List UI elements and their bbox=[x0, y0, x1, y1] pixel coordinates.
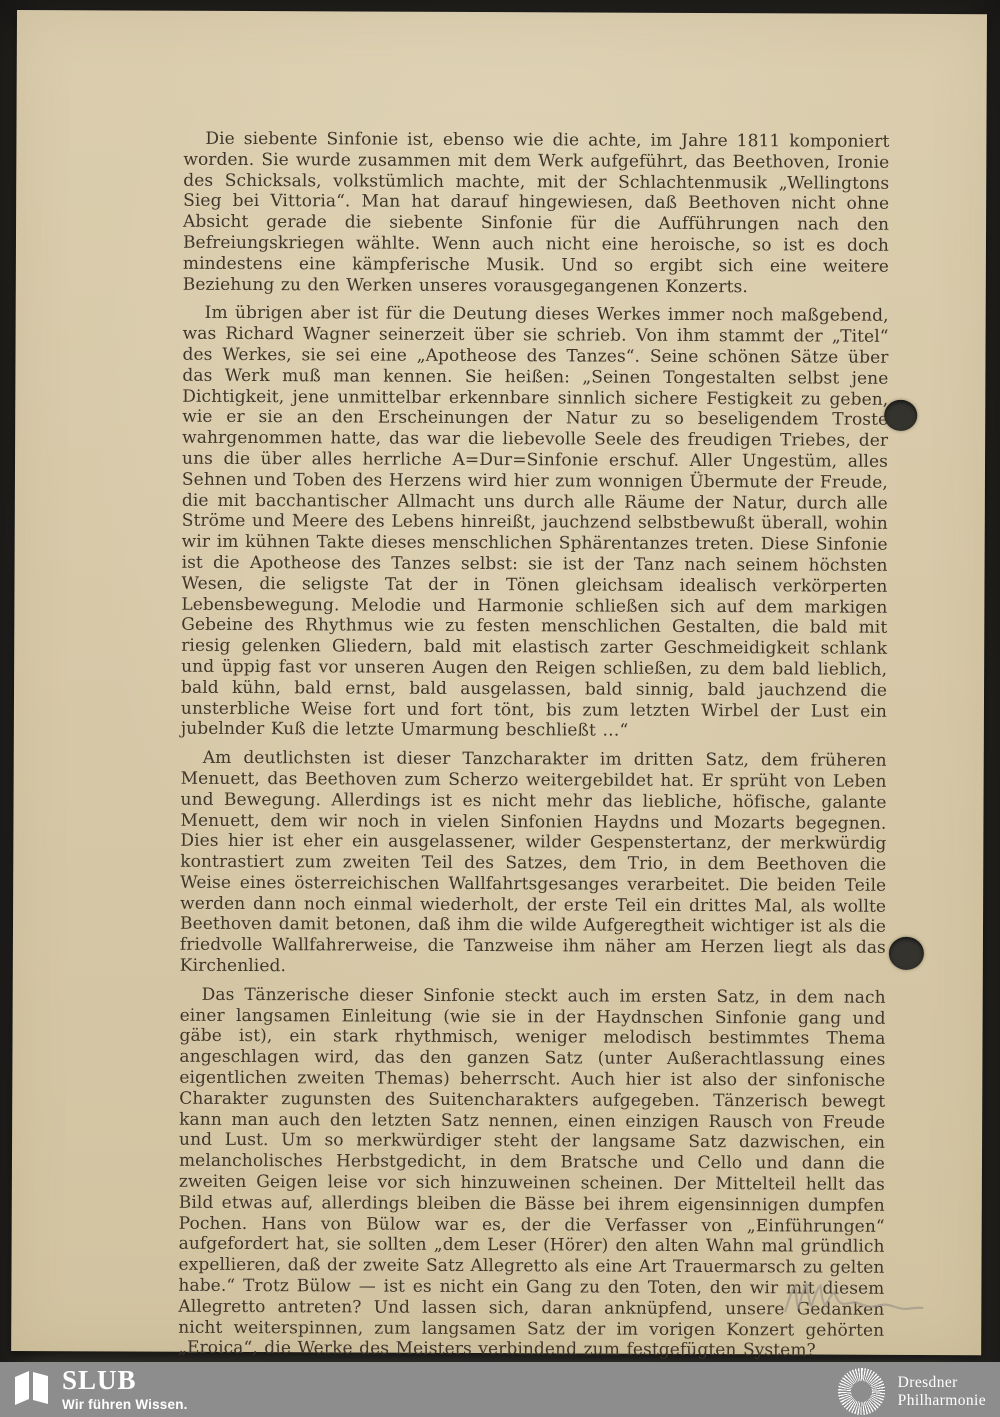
body-text: Die siebente Sinfonie ist, ebenso wie di… bbox=[178, 129, 889, 1391]
philharmonie-name: Dresdner Philharmonie bbox=[898, 1374, 986, 1409]
philharmonie-name-line2: Philharmonie bbox=[898, 1392, 986, 1410]
philharmonie-name-line1: Dresdner bbox=[898, 1374, 986, 1392]
open-book-icon bbox=[13, 1367, 51, 1407]
punch-hole-bottom bbox=[889, 937, 924, 970]
pencil-signature bbox=[769, 1275, 944, 1331]
punch-hole-top bbox=[884, 400, 917, 431]
slub-tagline: Wir führen Wissen. bbox=[62, 1397, 188, 1412]
slub-wordmark: SLUB bbox=[62, 1367, 188, 1394]
starburst-icon bbox=[838, 1368, 885, 1415]
slub-logo: SLUB Wir führen Wissen. bbox=[13, 1367, 188, 1412]
paragraph: Am deutlichsten ist dieser Tanzcharakter… bbox=[180, 748, 887, 980]
paragraph: Die siebente Sinfonie ist, ebenso wie di… bbox=[183, 129, 890, 298]
philharmonie-logo: Dresdner Philharmonie bbox=[838, 1368, 986, 1415]
footer-bar: SLUB Wir führen Wissen. Dresdner Philhar… bbox=[0, 1362, 1000, 1417]
document-page: Die siebente Sinfonie ist, ebenso wie di… bbox=[11, 10, 987, 1355]
paragraph: Im übrigen aber ist für die Deutung dies… bbox=[181, 303, 889, 743]
